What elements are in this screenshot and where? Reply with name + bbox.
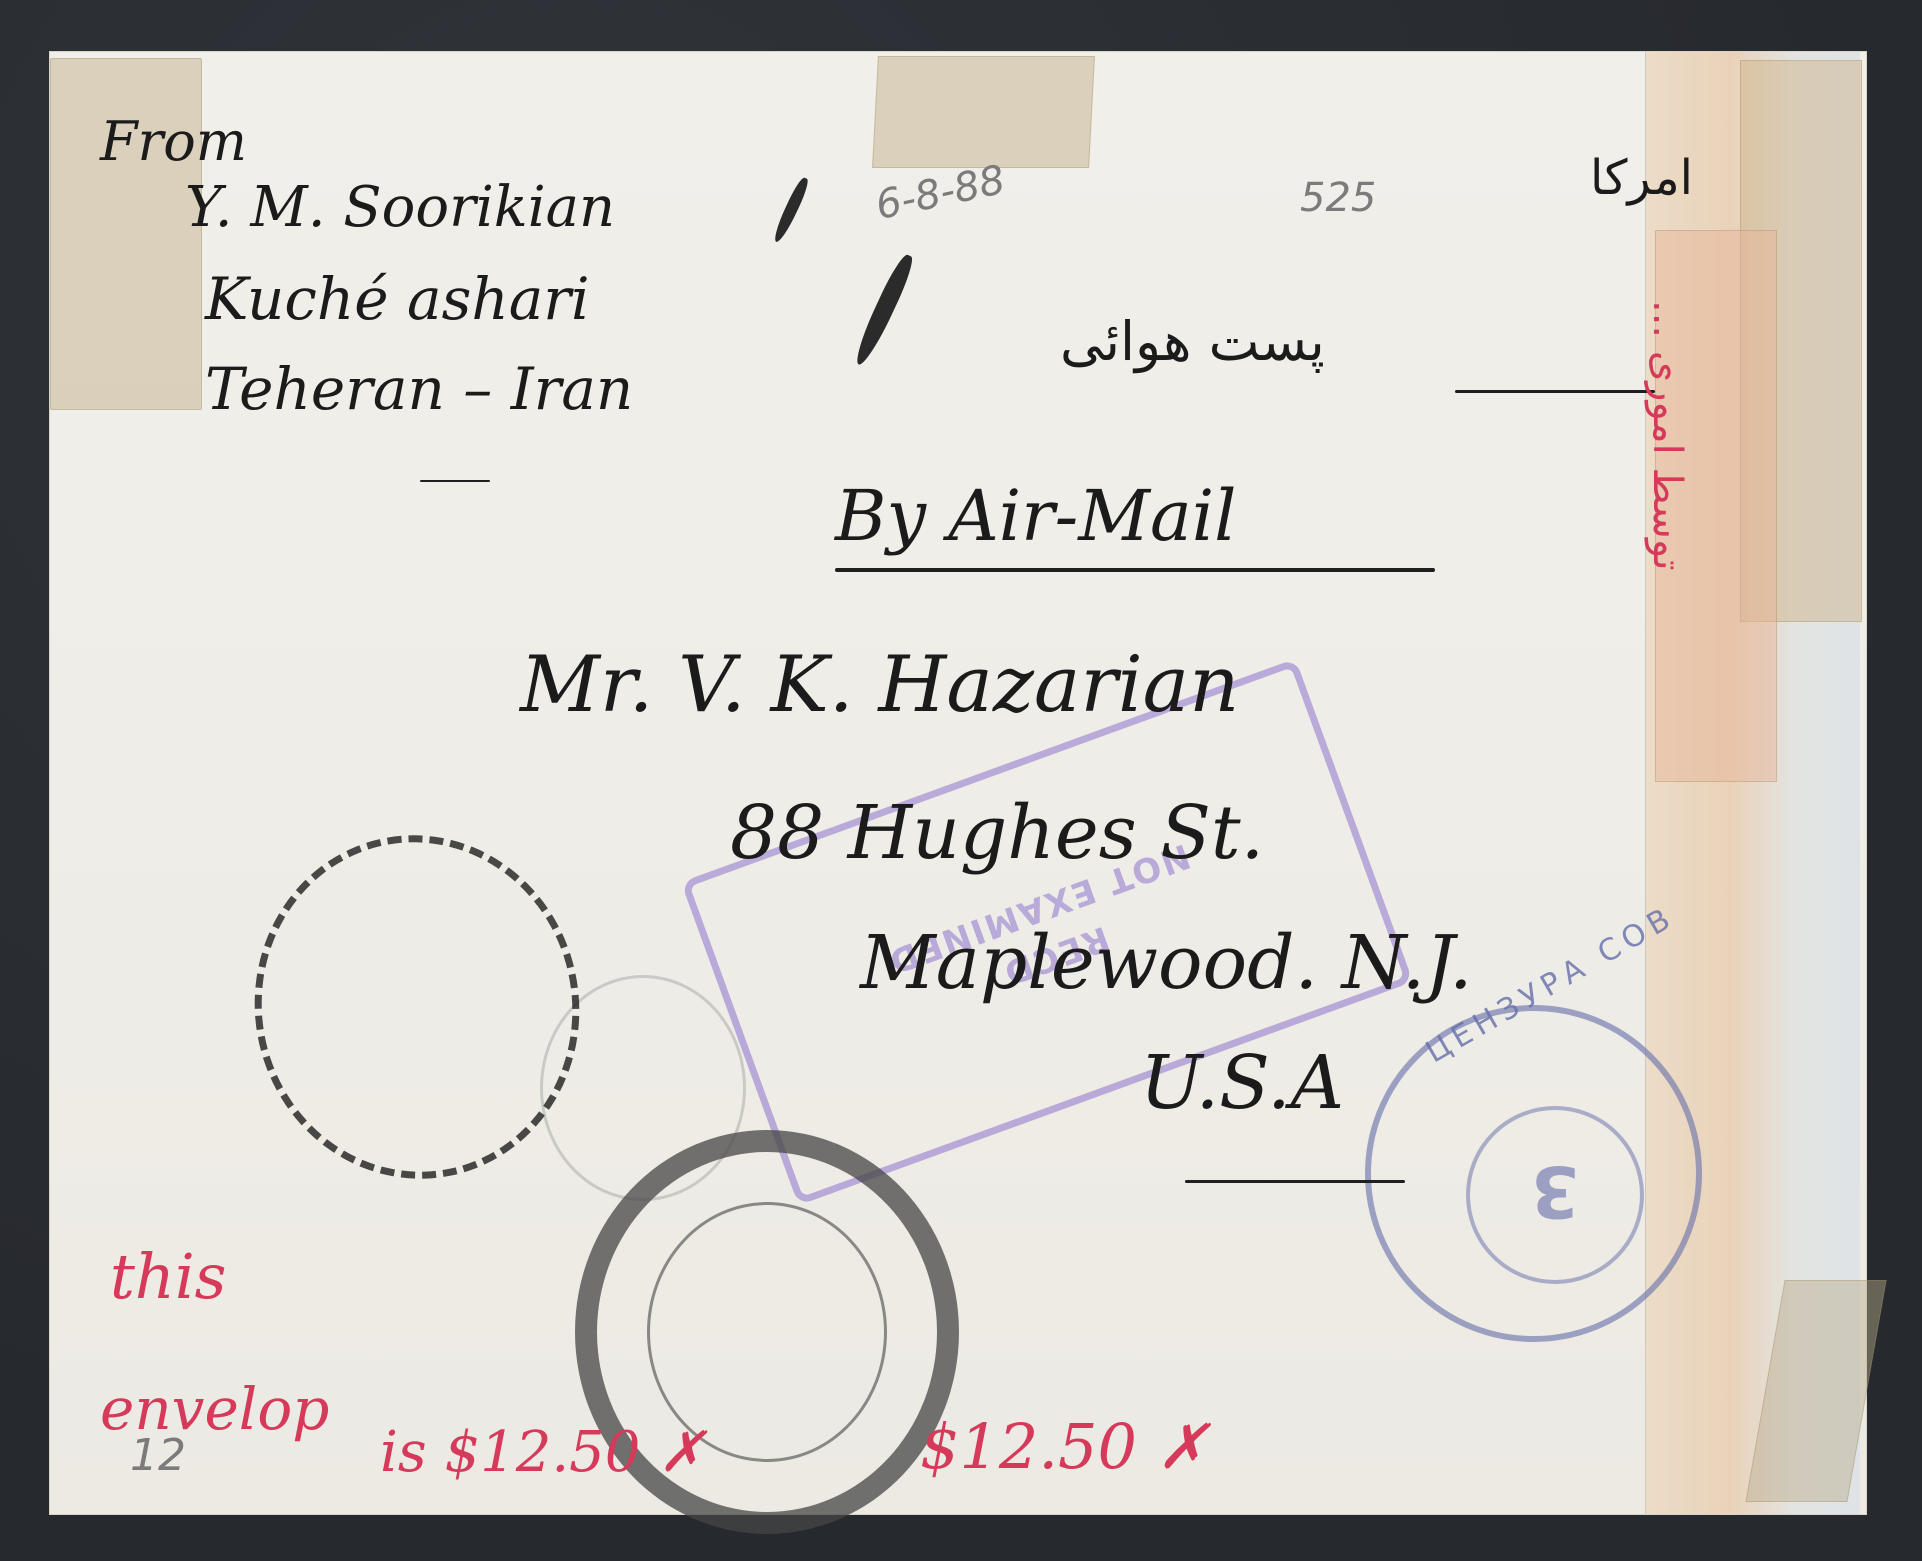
recipient-name: Mr. V. K. Hazarian [520,640,1239,730]
country-underline [1185,1180,1405,1183]
airmail-underline [835,568,1435,572]
red-vertical-farsi: توسط اموری ... [1644,300,1690,571]
tape-top [872,56,1095,168]
recipient-street: 88 Hughes St. [730,790,1264,876]
pencil-code: 525 [1300,175,1376,221]
sender-underline [420,480,490,482]
farsi-destination: امرکا [1590,150,1693,206]
sender-street: Kuché ashari [205,265,590,333]
censor-number: 3 [1470,1150,1640,1232]
red-note-price-repeat: $12.50 ✗ [920,1410,1209,1483]
farsi-underline [1455,390,1655,393]
red-note-this: this [110,1240,227,1313]
red-note-price: is $12.50 ✗ [380,1420,705,1485]
from-label: From [100,110,247,173]
farsi-airmail: پست هوائی [1060,310,1325,373]
recipient-country: U.S.A [1140,1040,1344,1126]
red-note-envelop: envelop [100,1375,329,1443]
sender-name: Y. M. Soorikian [185,175,615,240]
soviet-censor-stamp: 3 [1365,1005,1702,1342]
sender-city: Teheran – Iran [205,355,633,423]
recipient-city: Maplewood. N.J. [860,920,1473,1006]
airmail-label: By Air-Mail [835,475,1236,557]
